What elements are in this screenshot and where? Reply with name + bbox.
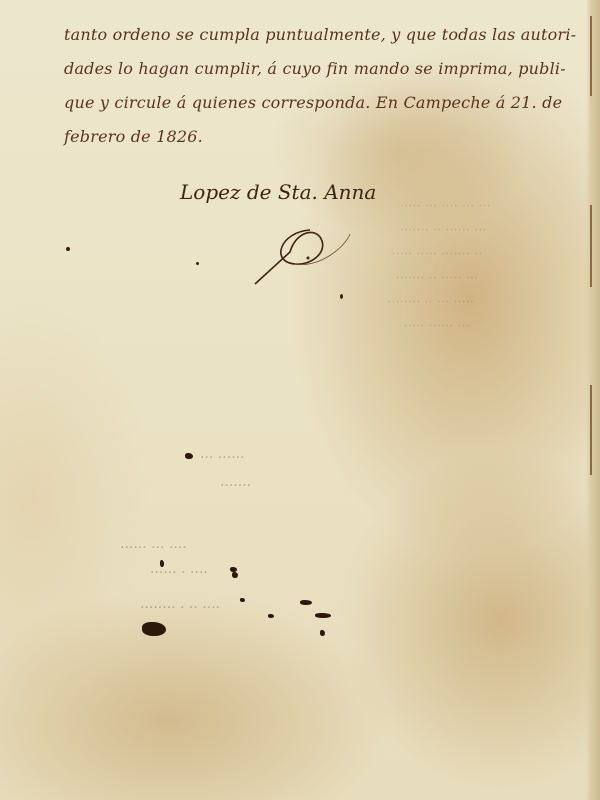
binding-stitch [590, 385, 592, 475]
signature-name: Lopez de Sta. Anna [180, 180, 376, 204]
binding-stitch [590, 16, 592, 96]
bleed-line: ····· ··· ·· ········ [32, 291, 476, 315]
bleed-line: ··· ······ ····· [27, 315, 471, 339]
binding-edge [586, 0, 600, 800]
ink-blot [320, 630, 325, 636]
binding-stitch [590, 205, 592, 287]
ink-blot [315, 613, 331, 618]
body-line: dades lo hagan cumplir, á cuyo fin mando… [64, 52, 564, 86]
ink-blot [185, 453, 193, 459]
body-line: tanto ordeno se cumpla puntualmente, y q… [64, 18, 564, 52]
body-line: febrero de 1826. [64, 120, 564, 154]
ink-spot [196, 262, 199, 265]
ink-blot [232, 572, 238, 578]
ink-blot [160, 560, 164, 567]
body-line: que y circule á quienes corresponda. En … [64, 86, 564, 120]
faint-lower-signatures: ··· ······ ······· ······ ··· ···· ·····… [60, 430, 380, 660]
manuscript-body: tanto ordeno se cumpla puntualmente, y q… [64, 18, 564, 154]
faint-signature-line: ······ ··· ···· [120, 540, 187, 556]
ink-blot [142, 622, 166, 636]
ink-spot [66, 247, 70, 251]
faint-signature-line: ········ · ·· ···· [140, 600, 220, 616]
ink-blot [268, 614, 274, 618]
ink-blot [240, 598, 245, 602]
manuscript-page: ··· ··· ···· ··· ····· ··· ······ ·· ···… [0, 0, 600, 800]
signature: Lopez de Sta. Anna [180, 180, 376, 204]
ink-blot [300, 600, 312, 605]
ink-spot [340, 294, 343, 299]
rubric-flourish-icon [250, 222, 360, 292]
faint-signature-line: ··· ······ [200, 450, 245, 466]
faint-signature-line: ······ · ···· [150, 565, 208, 581]
faint-signature-line: ······· [220, 478, 251, 494]
